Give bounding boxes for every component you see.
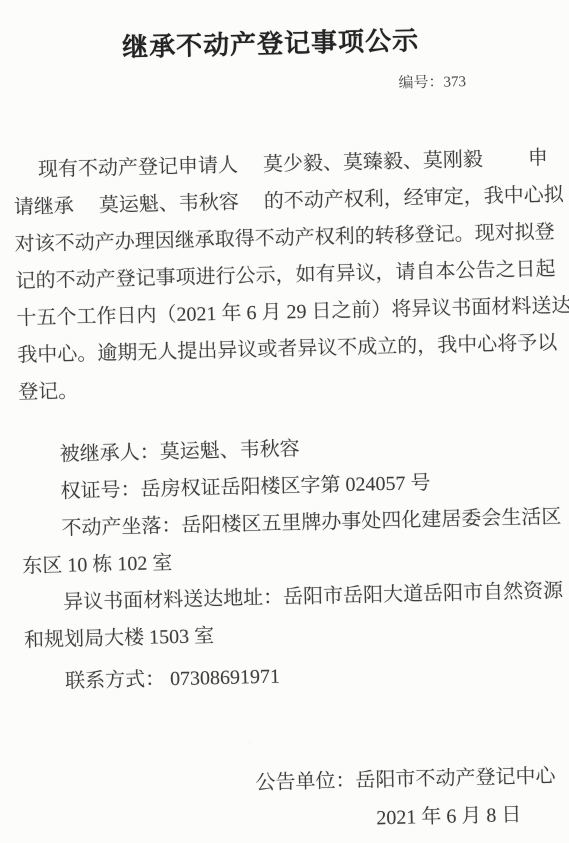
notice-details: 被继承人：莫运魁、韦秋容 权证号：岳房权证岳阳楼区字第 024057 号 不动产…	[19, 425, 569, 702]
doc-number: 编号：373	[398, 70, 466, 93]
date-line: 2021 年 6 月 8 日	[376, 798, 522, 830]
scanned-content: 继承不动产登记事项公示 编号：373 现有不动产登记申请人 莫少毅、莫臻毅、莫刚…	[0, 0, 569, 843]
notice-body-paragraph: 现有不动产登记申请人 莫少毅、莫臻毅、莫刚毅 申 请继承 莫运魁、韦秋容 的不动…	[13, 140, 569, 412]
notice-title: 继承不动产登记事项公示	[1, 17, 541, 67]
issuer-line: 公告单位：岳阳市不动产登记中心	[255, 759, 556, 795]
document-page: 继承不动产登记事项公示 编号：373 现有不动产登记申请人 莫少毅、莫臻毅、莫刚…	[0, 0, 569, 843]
detail-line-contact-phone: 联系方式： 07308691971	[25, 652, 569, 702]
